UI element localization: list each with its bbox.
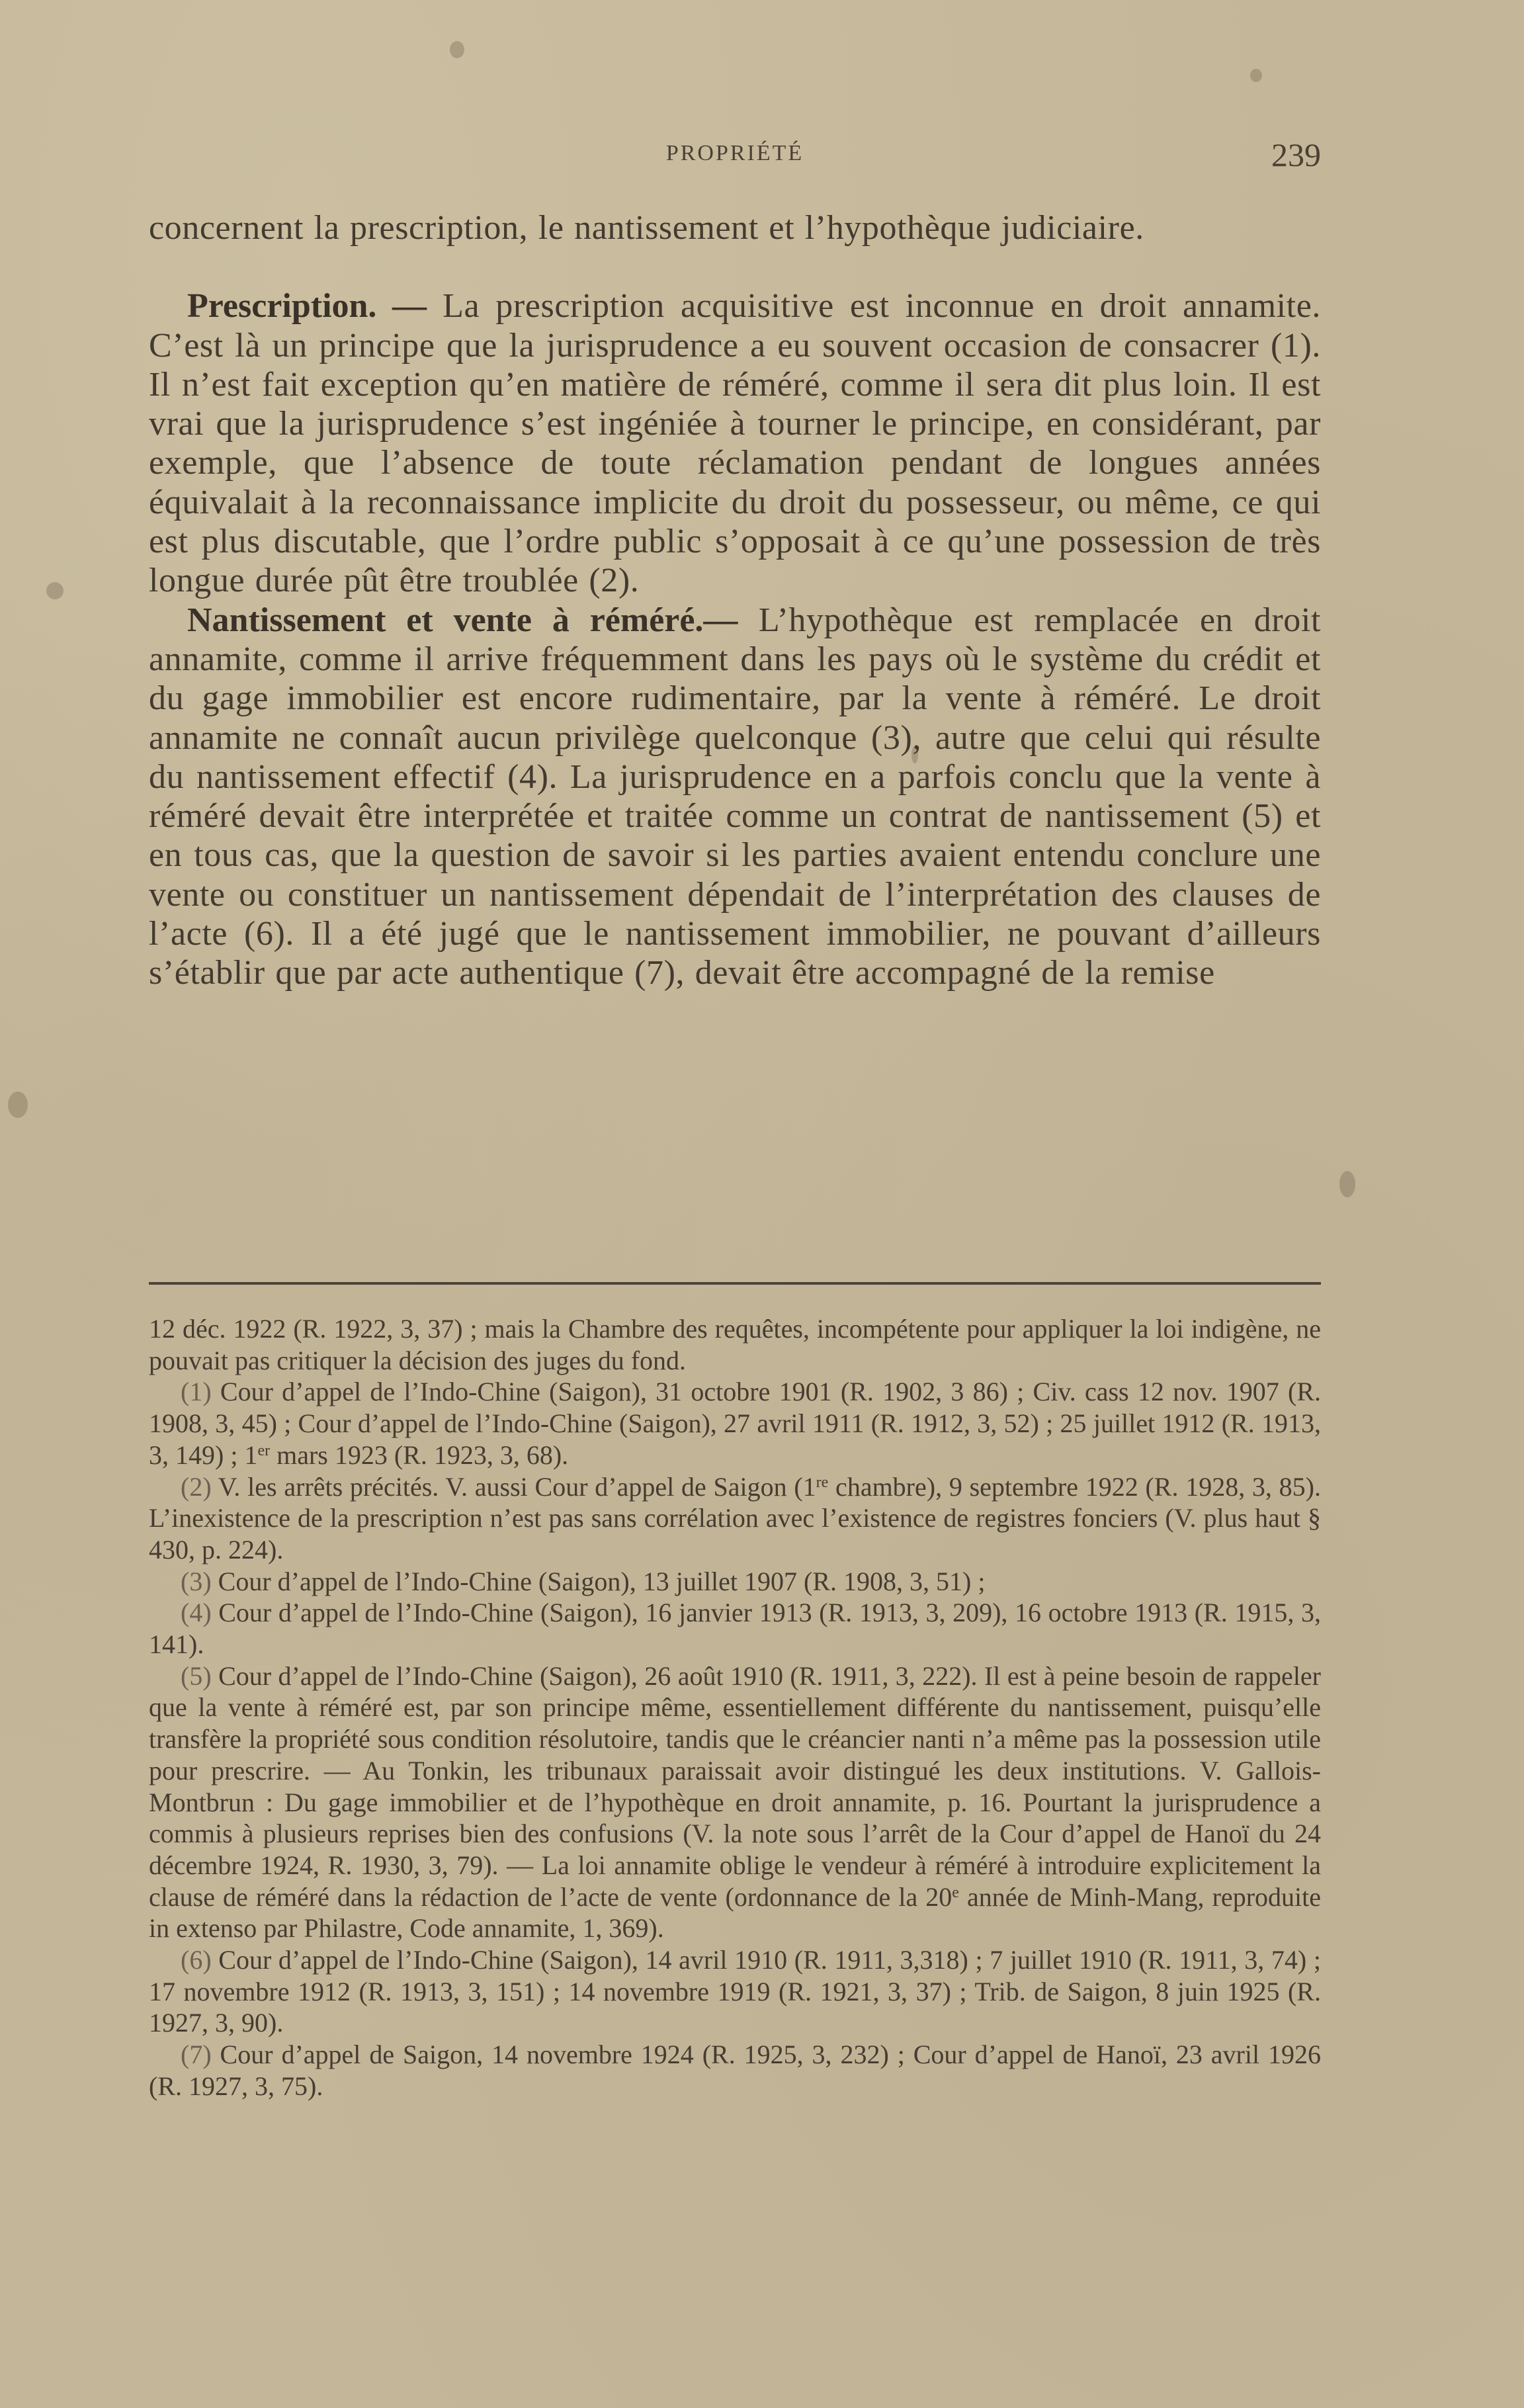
continuation-paragraph: concernent la prescription, le nantissem… bbox=[149, 208, 1321, 247]
main-text: concernent la prescription, le nantissem… bbox=[149, 208, 1321, 993]
superscript: e bbox=[952, 1883, 959, 1901]
footnote-number: (1) bbox=[181, 1377, 212, 1406]
paper-stain bbox=[1250, 69, 1262, 82]
paper-stain bbox=[46, 582, 63, 599]
footnote-text: Cour d’appel de l’Indo-Chine (Saigon), 1… bbox=[149, 1598, 1321, 1659]
superscript: re bbox=[816, 1473, 829, 1490]
footnote-5: (5) Cour d’appel de l’Indo-Chine (Saigon… bbox=[149, 1660, 1321, 1944]
paper-stain bbox=[8, 1092, 28, 1118]
footnote-text: Cour d’appel de l’Indo-Chine (Saigon), 2… bbox=[149, 1661, 1321, 1912]
paper-stain bbox=[450, 41, 464, 58]
paper-stain bbox=[1339, 1171, 1355, 1197]
footnote-7: (7) Cour d’appel de Saigon, 14 novembre … bbox=[149, 2039, 1321, 2102]
section-heading-nantissement: Nantissement et vente à réméré.— bbox=[187, 601, 738, 639]
running-title: PROPRIÉTÉ bbox=[149, 141, 1321, 166]
footnote-4: (4) Cour d’appel de l’Indo-Chine (Saigon… bbox=[149, 1597, 1321, 1660]
footnote-text: V. les arrêts précités. V. aussi Cour d’… bbox=[212, 1472, 816, 1502]
footnotes: 12 déc. 1922 (R. 1922, 3, 37) ; mais la … bbox=[149, 1313, 1321, 2102]
footnote-continuation: 12 déc. 1922 (R. 1922, 3, 37) ; mais la … bbox=[149, 1313, 1321, 1376]
paragraph-text: La prescription acquisitive est inconnue… bbox=[149, 287, 1321, 599]
section-heading-prescription: Prescription. — bbox=[187, 287, 427, 325]
footnote-3: (3) Cour d’appel de l’Indo-Chine (Saigon… bbox=[149, 1566, 1321, 1598]
paragraph-prescription: Prescription. — La prescription acquisit… bbox=[149, 286, 1321, 600]
footnote-number: (5) bbox=[181, 1661, 212, 1691]
footnote-number: (2) bbox=[181, 1472, 212, 1502]
footnote-1: (1) Cour d’appel de l’Indo-Chine (Saigon… bbox=[149, 1376, 1321, 1471]
footnote-text: Cour d’appel de l’Indo-Chine (Saigon), 1… bbox=[212, 1567, 986, 1596]
paragraph-nantissement: Nantissement et vente à réméré.— L’hypot… bbox=[149, 601, 1321, 993]
footnote-text: Cour d’appel de Saigon, 14 novembre 1924… bbox=[149, 2040, 1321, 2101]
running-header: PROPRIÉTÉ 239 bbox=[149, 136, 1321, 175]
footnote-text: Cour d’appel de l’Indo-Chine (Saigon), 1… bbox=[149, 1945, 1321, 2038]
page-number: 239 bbox=[1271, 136, 1321, 174]
footnote-number: (3) bbox=[181, 1567, 212, 1596]
footnote-text: mars 1923 (R. 1923, 3, 68). bbox=[270, 1440, 568, 1470]
paragraph-text: L’hypothèque est remplacée en droit anna… bbox=[149, 601, 1321, 992]
footnote-2: (2) V. les arrêts précités. V. aussi Cou… bbox=[149, 1471, 1321, 1566]
footnote-number: (6) bbox=[181, 1945, 212, 1975]
footnote-number: (4) bbox=[181, 1598, 212, 1627]
superscript: er bbox=[257, 1442, 270, 1459]
footnote-6: (6) Cour d’appel de l’Indo-Chine (Saigon… bbox=[149, 1944, 1321, 2039]
footnote-separator bbox=[149, 1282, 1321, 1285]
footnote-number: (7) bbox=[181, 2040, 212, 2069]
